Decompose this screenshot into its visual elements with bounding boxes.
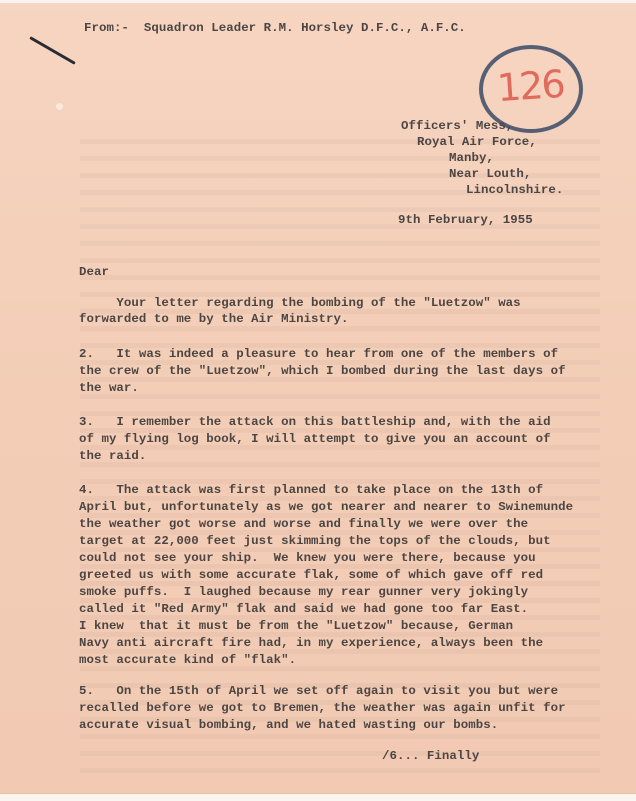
body-line: the weather got worse and worse and fina… — [79, 516, 528, 533]
paper-bottom-edge — [0, 793, 636, 801]
body-line: 4. The attack was first planned to take … — [79, 482, 543, 499]
salutation: Dear — [79, 264, 109, 281]
body-line: April but, unfortunately as we got neare… — [79, 499, 573, 516]
body-line: most accurate kind of "flak". — [79, 652, 296, 669]
body-line: smoke puffs. I laughed because my rear g… — [79, 584, 528, 601]
address-line: Officers' Mess, — [401, 118, 513, 135]
from-line: From:- Squadron Leader R.M. Horsley D.F.… — [84, 20, 466, 37]
address-line: Lincolnshire. — [466, 182, 563, 199]
body-line: could not see your ship. We knew you wer… — [79, 550, 536, 567]
body-line: forwarded to me by the Air Ministry. — [79, 311, 348, 328]
body-line: the war. — [79, 380, 139, 397]
body-line: 2. It was indeed a pleasure to hear from… — [79, 346, 558, 363]
body-line: 5. On the 15th of April we set off again… — [79, 683, 558, 700]
body-line: 3. I remember the attack on this battles… — [79, 414, 551, 431]
body-line: Navy anti aircraft fire had, in my exper… — [79, 635, 543, 652]
body-line: the raid. — [79, 448, 146, 465]
body-line: called it "Red Army" flak and said we ha… — [79, 601, 528, 618]
body-line: greeted us with some accurate flak, some… — [79, 567, 543, 584]
letter-date: 9th February, 1955 — [398, 212, 533, 229]
body-line: of my flying log book, I will attempt to… — [79, 431, 551, 448]
body-line: recalled before we got to Bremen, the we… — [79, 700, 566, 717]
body-line: I knew that it must be from the "Luetzow… — [79, 618, 513, 635]
address-line: Manby, — [449, 150, 494, 167]
punch-hole — [56, 103, 63, 110]
stamp-number: 126 — [496, 62, 565, 111]
body-line: Your letter regarding the bombing of the… — [79, 295, 521, 312]
paper-top-edge — [0, 0, 636, 3]
body-line: target at 22,000 feet just skimming the … — [79, 533, 551, 550]
address-line: Royal Air Force, — [417, 134, 537, 151]
continuation-marker: /6... Finally — [382, 748, 479, 765]
body-line: accurate visual bombing, and we hated wa… — [79, 717, 498, 734]
body-line: the crew of the "Luetzow", which I bombe… — [79, 363, 566, 380]
address-line: Near Louth, — [449, 166, 531, 183]
